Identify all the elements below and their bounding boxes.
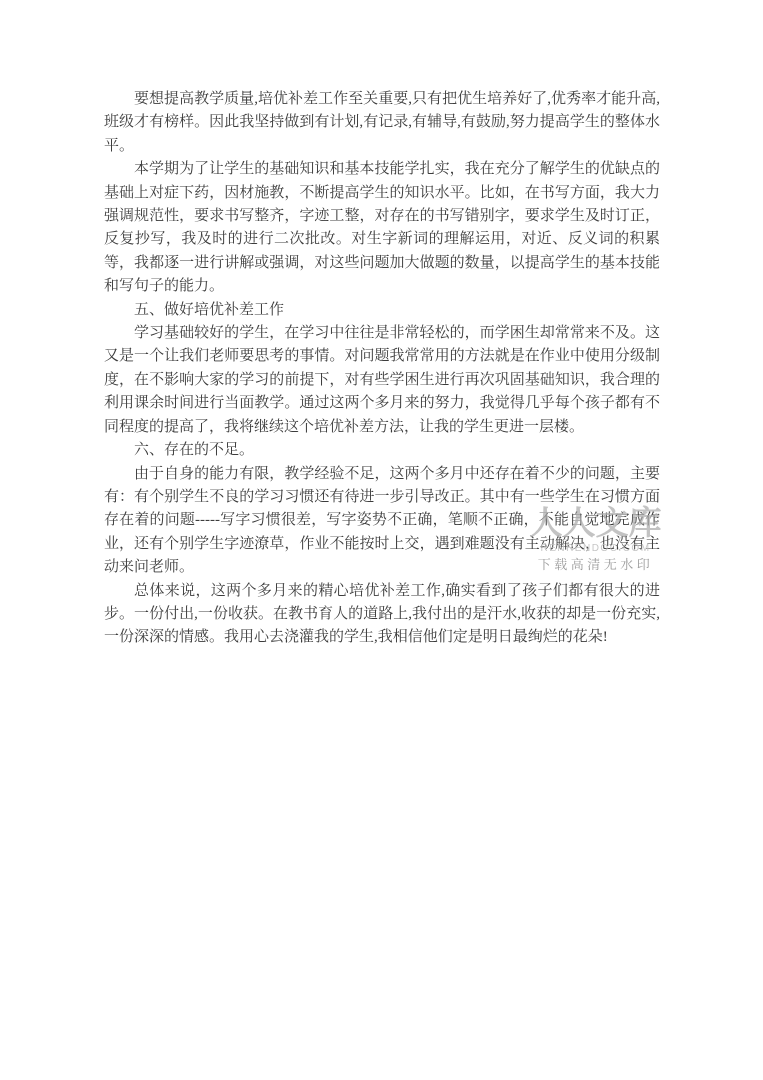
document-body: 要想提高教学质量,培优补差工作至关重要,只有把优生培养好了,优秀率才能升高,班级… [104,88,660,650]
paragraph-section-5-body: 学习基础较好的学生，在学习中往往是非常轻松的，而学困生却常常来不及。这又是一个让… [104,322,660,439]
paragraph-summary: 总体来说，这两个多月来的精心培优补差工作,确实看到了孩子们都有很大的进步。一份付… [104,580,660,650]
paragraph-training-importance: 要想提高教学质量,培优补差工作至关重要,只有把优生培养好了,优秀率才能升高,班级… [104,88,660,158]
document-page: 要想提高教学质量,培优补差工作至关重要,只有把优生培养好了,优秀率才能升高,班级… [0,0,763,1080]
section-heading-5: 五、做好培优补差工作 [104,299,660,322]
section-heading-6: 六、存在的不足。 [104,439,660,462]
paragraph-semester-methods: 本学期为了让学生的基础知识和基本技能学扎实，我在充分了解学生的优缺点的基础上对症… [104,158,660,298]
paragraph-section-6-body: 由于自身的能力有限，教学经验不足，这两个多月中还存在着不少的问题，主要有：有个别… [104,463,660,580]
